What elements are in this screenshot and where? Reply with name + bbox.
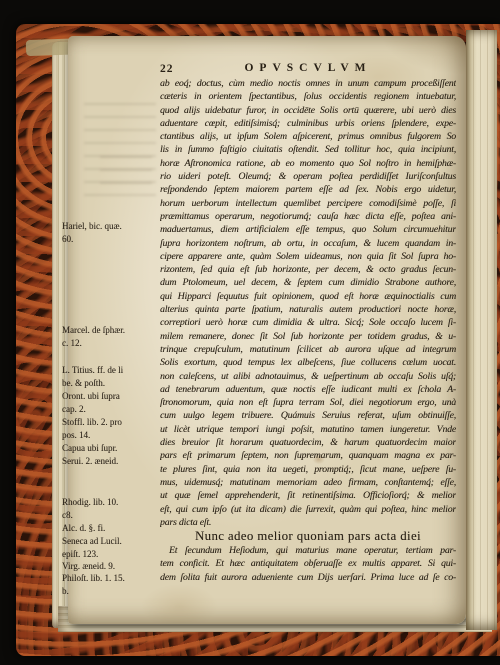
body-text-line: tem conficit. Et hæc antiquitatem obſeru… xyxy=(160,557,456,570)
body-text-line: Solis exortum, quod tempus lex albeſcens… xyxy=(160,356,456,369)
body-text-line: qui Hipparci ſequutus fuit opinionem, qu… xyxy=(160,290,456,303)
body-text-line: præmittamus operarum, negotiorumq́; cauſ… xyxy=(160,210,456,223)
body-text-line: alterius quinta parte ſpatium, naturalis… xyxy=(160,303,456,316)
body-text-line: horum uerborum intellectum quemlibet per… xyxy=(160,197,456,210)
body-text-line: mus, uidemusq́; matutinam memoriam adeo … xyxy=(160,476,456,489)
body-text-line: reſpondendo ſeptem maiorem partem eſſe a… xyxy=(160,183,456,196)
body-text-line: cum uulgo legem tribuere. Quámuis Seruiu… xyxy=(160,409,456,422)
body-text-line: non caleſcens, ut alibi adnotauimus, & u… xyxy=(160,370,456,383)
body-text: ab eoq́; doctus, cùm medio noctis omnes … xyxy=(160,77,456,593)
body-text-line: pars eſt primarum ſeptem, non ſupremarum… xyxy=(160,449,456,462)
body-text-line: eſt, qui cum ipſo (ut ita dicam) die ſur… xyxy=(160,503,456,516)
body-text-line: correptiori uerò horæ cum dimidia & ultr… xyxy=(160,316,456,329)
body-text-line: Et ſecundum Heſiodum, qui maturius mane … xyxy=(160,544,456,557)
body-text-line: milem remanere, donec ſit Sol ſub horizo… xyxy=(160,330,456,343)
body-text-line: ab eoq́; doctus, cùm medio noctis omnes … xyxy=(160,77,456,90)
body-text-line: cipere apparere ante, quàm Solem uideamu… xyxy=(160,250,456,263)
running-title: OPVSCVLVM xyxy=(208,62,408,74)
body-text-line: pars dicta eſt. xyxy=(160,516,456,529)
body-text-line: aduentare cœpit, editiſsimisq́; culminib… xyxy=(160,117,456,130)
body-text-line: ſtronomorum, quia non eſt ſupra terram S… xyxy=(160,396,456,409)
body-text-line: horæ Aſtronomica ratione, ab eo momento … xyxy=(160,157,456,170)
body-text-line: ctantibus alijs, ut ipſum Solem aſpicere… xyxy=(160,130,456,143)
body-text-line: rizontem, ſed quia eſt ſub horizonte, pe… xyxy=(160,263,456,276)
body-text-line: ſupra horizontem noſtrum, ab ortu, in oc… xyxy=(160,237,456,250)
body-text-line: te plures ſint, quia non ita uegeti, pro… xyxy=(160,463,456,476)
body-text-line: ut licèt utrique tempori iungi poſsit, m… xyxy=(160,423,456,436)
facing-page-gutter xyxy=(466,30,497,630)
page-number: 22 xyxy=(160,63,192,75)
body-text-line: lis in ſummo faſtigio ciuitatis oſtendit… xyxy=(160,143,456,156)
body-text-line: dum Ptolomeum, uel decem, & ſeptem cum d… xyxy=(160,276,456,289)
section-heading: Nunc adeo melior quoniam pars acta diei xyxy=(160,529,456,544)
body-text-line: trinque crepuſculum, matutinum ſcilicet … xyxy=(160,343,456,356)
body-text-line: maduertamus, diem artificialem eſſe temp… xyxy=(160,223,456,236)
body-text-line: ut quæ ſemel apprehenderit, ſit retinent… xyxy=(160,489,456,502)
body-text-line: ad tenebrarum aduentum, quæ noctis eſſe … xyxy=(160,383,456,396)
body-text-line: quod alijs uidebatur furor, in occidēte … xyxy=(160,104,456,117)
body-text-line: cæteris in orientem ſpectantibus, ſolus … xyxy=(160,90,456,103)
body-text-line: dies breuior ſit horarum quatuordecim, &… xyxy=(160,436,456,449)
photograph-of-book-page: { "header": { "page_number": "22", "runn… xyxy=(0,0,500,665)
body-text-line: dem ſolita fuit aurora adueniente cum Di… xyxy=(160,571,456,584)
body-text-line: rio uideri poteſt. Oleumq́; & operam poſ… xyxy=(160,170,456,183)
